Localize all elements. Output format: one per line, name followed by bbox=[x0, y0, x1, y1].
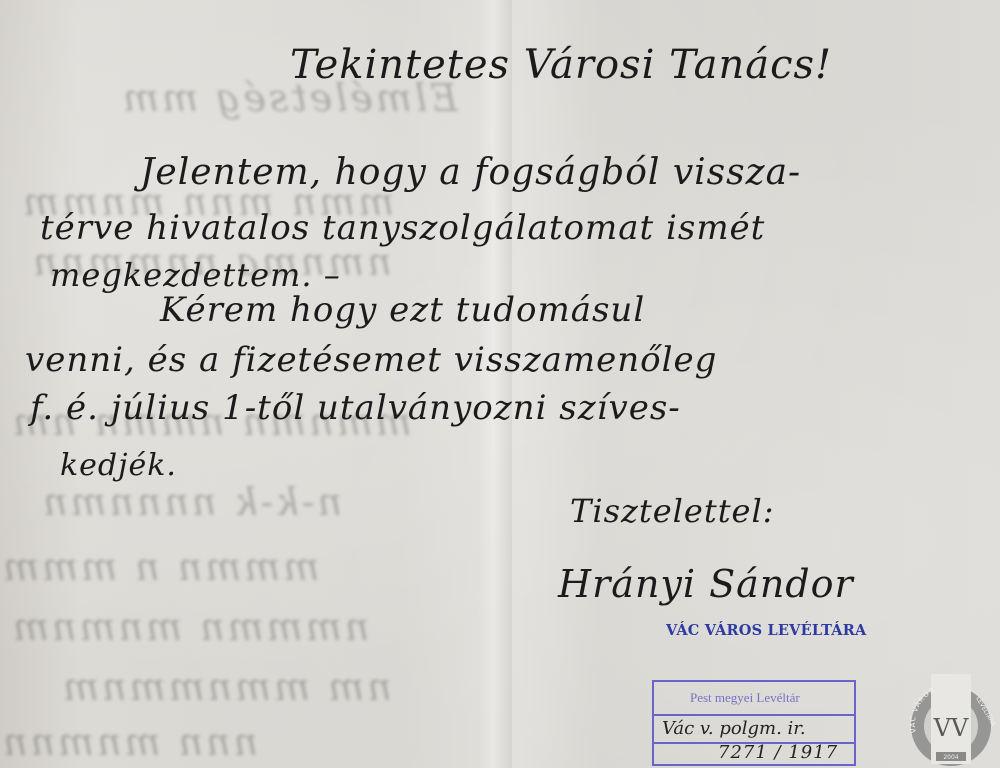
letter-line: kedjék. bbox=[60, 448, 177, 483]
paper-fold bbox=[478, 0, 512, 768]
bleed-line: nmmmn mnmnm bbox=[10, 605, 369, 649]
registry-handwritten-ref: Vác v. polgm. ir. bbox=[662, 718, 806, 739]
registry-stamp-title: Pest megyei Levéltár bbox=[690, 690, 800, 706]
registry-stamp-row: Vác v. polgm. ir. bbox=[654, 714, 854, 744]
letter-salutation: Tekintetes Városi Tanács! bbox=[290, 42, 832, 88]
letter-line: Jelentem, hogy a fogságból vissza- bbox=[140, 152, 801, 193]
registry-stamp-header: Pest megyei Levéltár bbox=[654, 682, 854, 714]
letter-line: venni, és a fizetésemet visszamenőleg bbox=[25, 340, 717, 380]
logo-year: 2004 bbox=[943, 754, 958, 761]
letter-line: megkezdettem. – bbox=[50, 256, 341, 294]
bleed-line: n-k-k nnnnmn bbox=[40, 480, 342, 524]
registry-stamp-box: Pest megyei Levéltár Vác v. polgm. ir. 7… bbox=[652, 680, 856, 766]
bleed-through-text: Elméletség mm mmn mnn mnmm nmnma nnmmnn … bbox=[0, 0, 470, 768]
bleed-line: nm mmnmmnm bbox=[60, 665, 392, 709]
archive-logo-icon: VV VÁC VÁROS LEVÉLTÁRA 2004 bbox=[904, 668, 998, 768]
logo-monogram: VV bbox=[933, 714, 969, 742]
bleed-line: mmmn n mmm bbox=[0, 545, 319, 589]
letter-signature: Hrányi Sándor bbox=[558, 562, 854, 606]
letter-line: térve hivatalos tanyszolgálatomat ismét bbox=[40, 208, 765, 248]
archive-stamp: VÁC VÁROS LEVÉLTÁRA bbox=[666, 622, 866, 639]
registry-stamp-row: 7271 / 1917 bbox=[654, 742, 854, 766]
letter-closing: Tisztelettel: bbox=[570, 492, 775, 530]
registry-handwritten-number: 7271 / 1917 bbox=[718, 742, 838, 763]
letter-line: Kérem hogy ezt tudomásul bbox=[160, 290, 645, 330]
bleed-line: nnn mnmnn bbox=[0, 720, 258, 764]
letter-line: f. é. július 1-től utalványozni szíves- bbox=[30, 388, 681, 428]
